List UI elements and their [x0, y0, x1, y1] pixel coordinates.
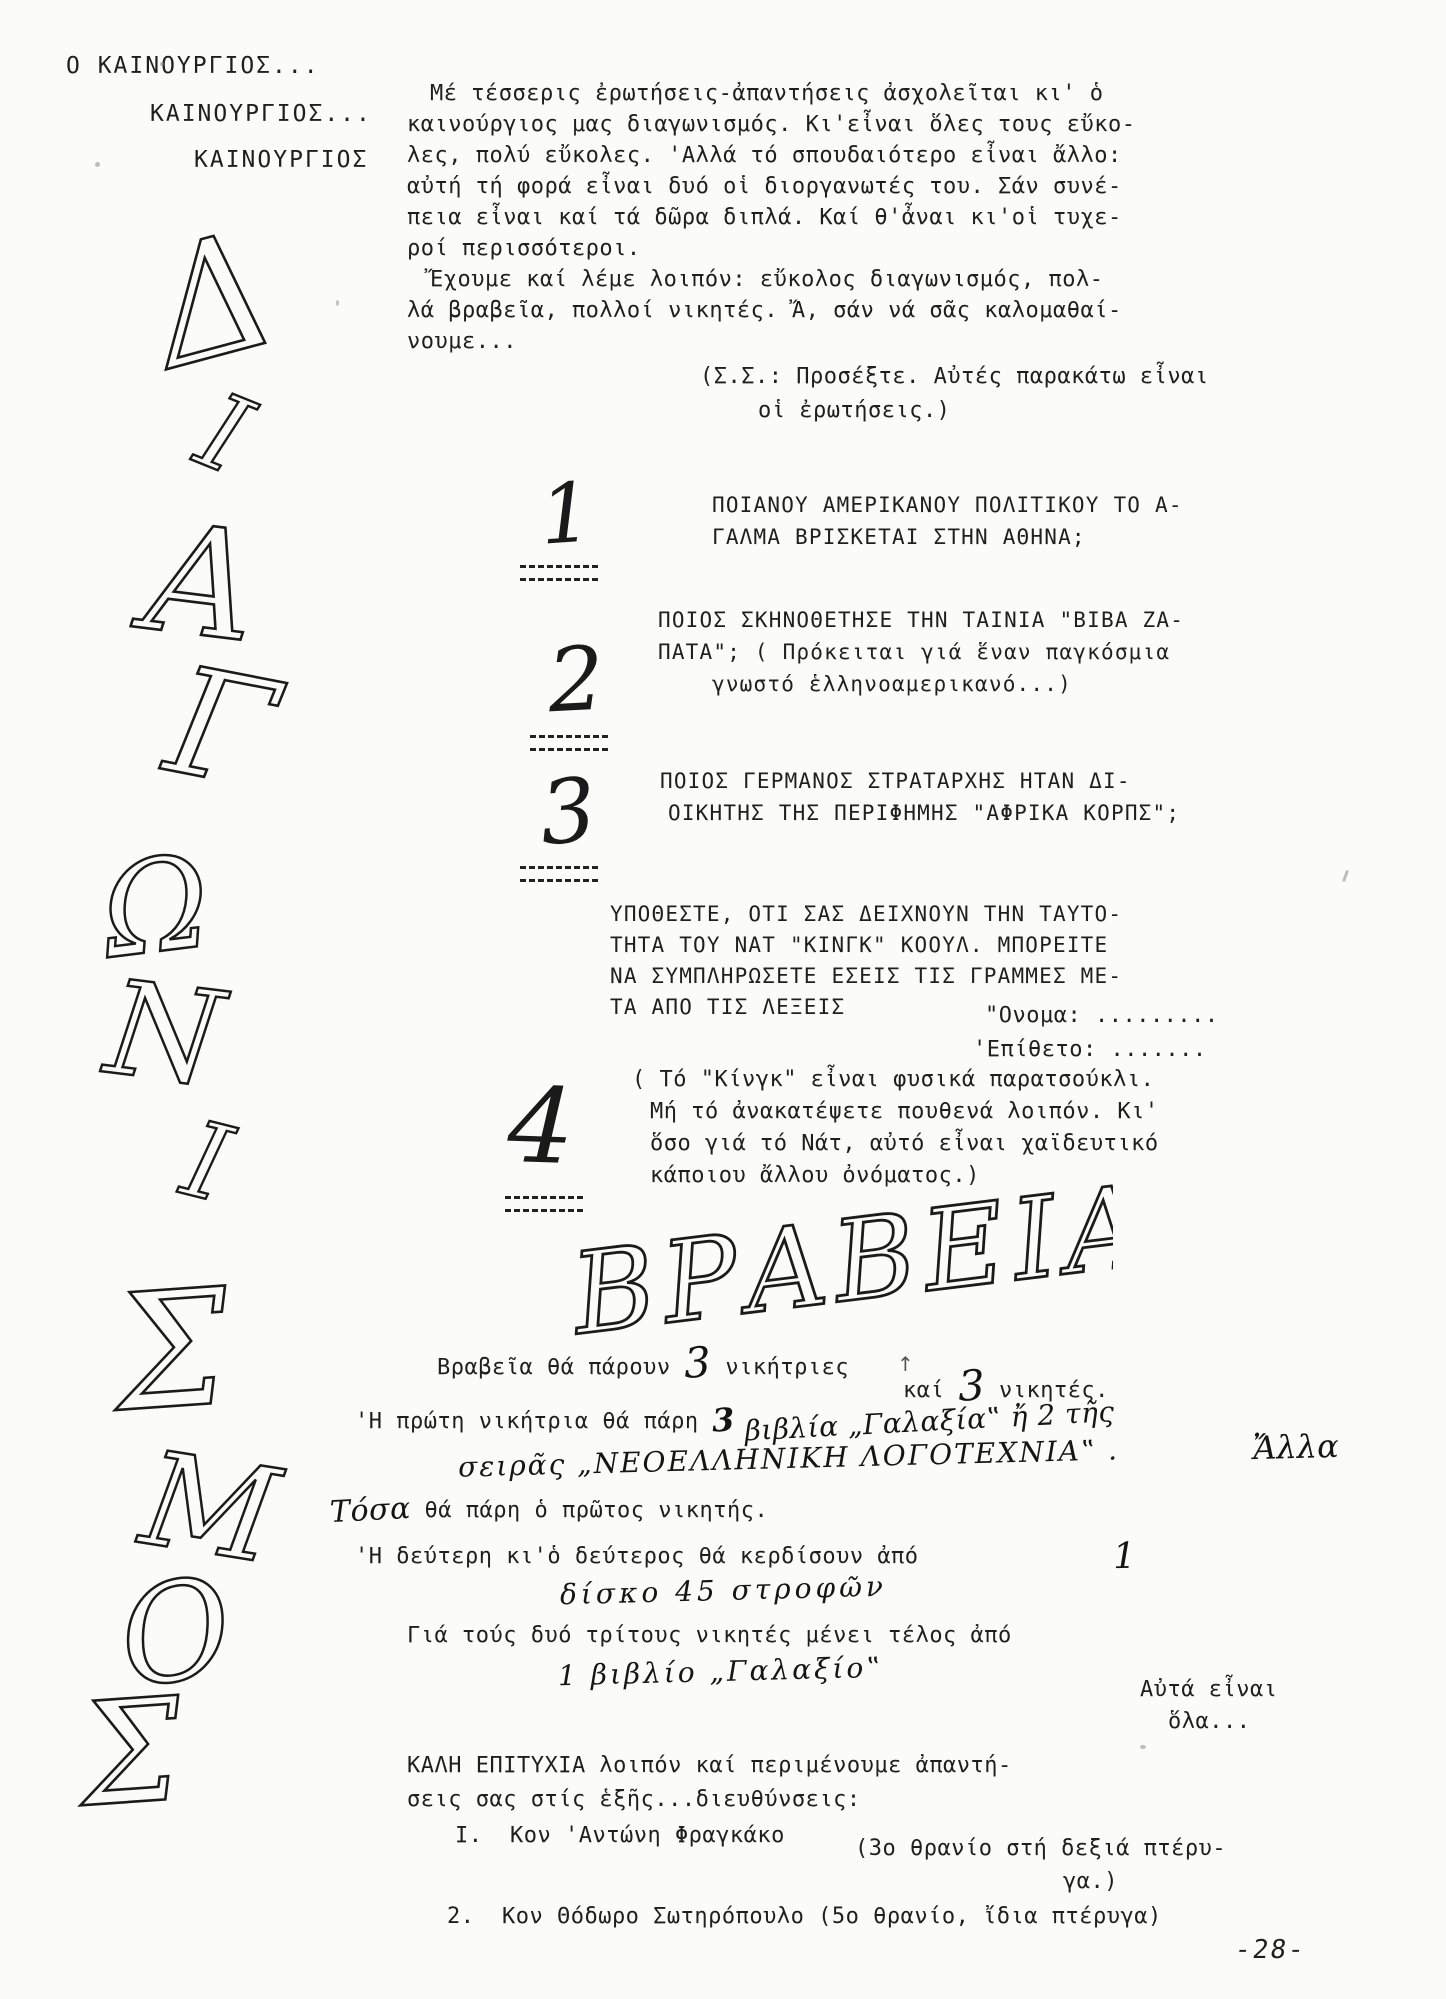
- prize-line-6-hand-number: 1: [1112, 1536, 1136, 1578]
- intro-line: νουμε...: [407, 328, 517, 356]
- hand-letter: Ι: [170, 1097, 244, 1227]
- question-2-line: γνωστό ἑλληνοαμερικανό...): [712, 671, 1072, 697]
- scan-speck: [336, 300, 339, 306]
- prizes-title-handwritten: ΒΡΑΒΕΙΑ: [553, 1172, 1113, 1352]
- page-number: -28-: [1233, 1934, 1308, 1967]
- intro-line: λά βραβεῖα, πολλοί νικητές. Ἄ, σάν νά σᾶ…: [407, 297, 1122, 325]
- intro-line: λες, πολύ εὔκολες. 'Αλλά τό σπουδαιότερο…: [407, 142, 1122, 170]
- question-4-line: ΝΑ ΣΥΜΠΛΗΡΩΣΕΤΕ ΕΣΕΙΣ ΤΙΣ ΓΡΑΜΜΕΣ ΜΕ-: [610, 963, 1122, 989]
- masthead-line-2: ΚΑΙΝΟΥΡΓΙΟΣ...: [150, 100, 372, 129]
- intro-line: καινούργιος μας διαγωνισμός. Κι'εἶναι ὅλ…: [407, 111, 1136, 139]
- prize-line-3-hand-number: 3: [711, 1399, 736, 1440]
- question-2-line: ΠΑΤΑ"; ( Πρόκειται γιά ἕναν παγκόσμια: [658, 639, 1170, 665]
- question-number-4: 4: [506, 1079, 575, 1175]
- scan-speck: [95, 162, 100, 167]
- prize-line-3-typed: 'Η πρώτη νικήτρια θά πάρη: [355, 1409, 712, 1434]
- address-1-note: (3ο θρανίο στή δεξιά πτέρυ-: [855, 1835, 1226, 1863]
- scanned-page: Ο ΚΑΙΝΟΥΡΓΙΟΣ... ΚΑΙΝΟΥΡΓΙΟΣ... ΚΑΙΝΟΥΡΓ…: [0, 0, 1446, 1999]
- question-4-note-line: Μή τό ἀνακατέψετε πουθενά λοιπόν. Κι': [650, 1098, 1159, 1126]
- prize-line-1-typed-a: Βραβεῖα θά πάρουν: [437, 1355, 684, 1380]
- editors-note-line: οἱ ἐρωτήσεις.): [758, 397, 950, 425]
- scan-speck: [1140, 1745, 1146, 1749]
- question-4-line: ΤΑ ΑΠΟ ΤΙΣ ΛΕΞΕΙΣ: [610, 994, 845, 1020]
- editors-note-line: (Σ.Σ.: Προσέξτε. Αὐτές παρακάτω εἶναι: [700, 363, 1209, 391]
- address-1-number: Ι.: [455, 1823, 483, 1848]
- dashed-underline: [520, 866, 598, 892]
- prize-line-6: 'Η δεύτερη κι'ὁ δεύτερος θά κερδίσουν ἀπ…: [355, 1543, 919, 1571]
- intro-line: Ἔχουμε καί λέμε λοιπόν: εὔκολος διαγωνισ…: [430, 266, 1104, 294]
- prize-line-5: Τόσα θά πάρη ὁ πρῶτος νικητής.: [330, 1492, 768, 1530]
- hand-letter: Σ: [104, 1253, 236, 1448]
- question-number-3: 3: [537, 770, 600, 854]
- intro-line: πεια εἶναι καί τά δῶρα διπλά. Καί θ'ἆναι…: [407, 204, 1122, 232]
- scan-speck: [160, 62, 164, 66]
- closing-line: ΚΑΛΗ ΕΠΙΤΥΧΙΑ λοιπόν καί περιμένουμε ἀπα…: [407, 1752, 1012, 1780]
- vertical-title-diagonismos: Δ Ι Α Γ Ω Ν Ι Σ Μ Ο Σ: [65, 170, 355, 1840]
- closing-line: σεις σας στίς ἑξῆς...διευθύνσεις:: [407, 1786, 861, 1814]
- prizes-aside-line: Αὐτά εἶναι: [1140, 1676, 1277, 1704]
- prize-line-1-typed-b: νικήτριες: [712, 1355, 849, 1380]
- dashed-underline: [520, 565, 598, 591]
- question-4-note-line: ὅσο γιά τό Νάτ, αὐτό εἶναι χαϊδευτικό: [650, 1130, 1159, 1158]
- prize-line-5-typed: θά πάρη ὁ πρῶτος νικητής.: [411, 1498, 768, 1523]
- question-3-line: ΟΙΚΗΤΗΣ ΤΗΣ ΠΕΡΙΦΗΜΗΣ "ΑΦΡΙΚΑ ΚΟΡΠΣ";: [668, 800, 1180, 826]
- prize-line-8: Γιά τούς δυό τρίτους νικητές μένει τέλος…: [407, 1622, 1012, 1650]
- question-1-line: ΓΑΛΜΑ ΒΡΙΣΚΕΤΑΙ ΣΤΗΝ ΑΘΗΝΑ;: [712, 524, 1086, 550]
- question-number-1: 1: [537, 476, 594, 553]
- address-1-name: Κον 'Αντώνη Φραγκάκο: [510, 1823, 785, 1848]
- scan-speck: [1342, 870, 1349, 882]
- prizes-aside-line: ὅλα...: [1168, 1708, 1250, 1736]
- prize-line-5-handwriting: Τόσα: [329, 1490, 412, 1532]
- question-4-line: ΥΠΟΘΕΣΤΕ, ΟΤΙ ΣΑΣ ΔΕΙΧΝΟΥΝ ΤΗΝ ΤΑΥΤΟ-: [610, 901, 1122, 927]
- form-surname-line: 'Επίθετο: .......: [973, 1036, 1207, 1064]
- question-number-2: 2: [546, 639, 606, 721]
- question-1-line: ΠΟΙΑΝΟΥ ΑΜΕΡΙΚΑΝΟΥ ΠΟΛΙΤΙΚΟΥ ΤΟ Α-: [712, 492, 1183, 518]
- address-1: Ι. Κον 'Αντώνη Φραγκάκο: [455, 1822, 785, 1850]
- prize-line-7-handwriting: δίσκο 45 στροφῶν: [560, 1570, 888, 1612]
- form-name-line: "Ονομα: .........: [985, 1002, 1219, 1030]
- masthead-line-1: Ο ΚΑΙΝΟΥΡΓΙΟΣ...: [66, 52, 320, 81]
- prize-line-1-hand-number: 3: [683, 1336, 713, 1390]
- question-4-note-line: ( Τό "Κίνγκ" εἶναι φυσικά παρατσούκλι.: [632, 1066, 1154, 1094]
- prize-line-9-handwriting: 1 βιβλίο „Γαλαξίο‟: [558, 1651, 884, 1693]
- address-2: 2. Κον Θόδωρο Σωτηρόπουλο (5ο θρανίο, ἴδ…: [447, 1903, 1162, 1931]
- hand-letter: Σ: [71, 1667, 188, 1839]
- hand-letter: Ν: [96, 951, 235, 1117]
- hand-letter: Δ: [127, 194, 293, 406]
- question-3-line: ΠΟΙΟΣ ΓΕΡΜΑΝΟΣ ΣΤΡΑΤΑΡΧΗΣ ΗΤΑΝ ΔΙ-: [660, 768, 1131, 794]
- intro-line: Μέ τέσσερις ἐρωτήσεις-ἀπαντήσεις ἀσχολεῖ…: [430, 80, 1104, 108]
- address-1-note-wrap: γα.): [1063, 1868, 1118, 1896]
- dashed-underline: [530, 735, 608, 761]
- prize-line-1: Βραβεῖα θά πάρουν 3 νικήτριες: [437, 1337, 849, 1390]
- prize-line-3: 'Η πρώτη νικήτρια θά πάρη 3 βιβλία „Γαλα…: [355, 1400, 1115, 1440]
- intro-line: ροί περισσότεροι.: [407, 235, 641, 263]
- prize-line-4b-handwriting: Ἄλλα: [1253, 1427, 1340, 1467]
- prizes-title-text: ΒΡΑΒΕΙΑ: [563, 1172, 1113, 1352]
- intro-line: αὐτή τή φορά εἶναι δυό οἱ διοργανωτές το…: [407, 173, 1122, 201]
- question-4-line: ΤΗΤΑ ΤΟΥ ΝΑΤ "ΚΙΝΓΚ" ΚΟΟΥΛ. ΜΠΟΡΕΙΤΕ: [610, 932, 1108, 958]
- prize-line-6-typed: 'Η δεύτερη κι'ὁ δεύτερος θά κερδίσουν ἀπ…: [355, 1544, 919, 1569]
- question-2-line: ΠΟΙΟΣ ΣΚΗΝΟΘΕΤΗΣΕ ΤΗΝ ΤΑΙΝΙΑ "ΒΙΒΑ ΖΑ-: [658, 607, 1184, 633]
